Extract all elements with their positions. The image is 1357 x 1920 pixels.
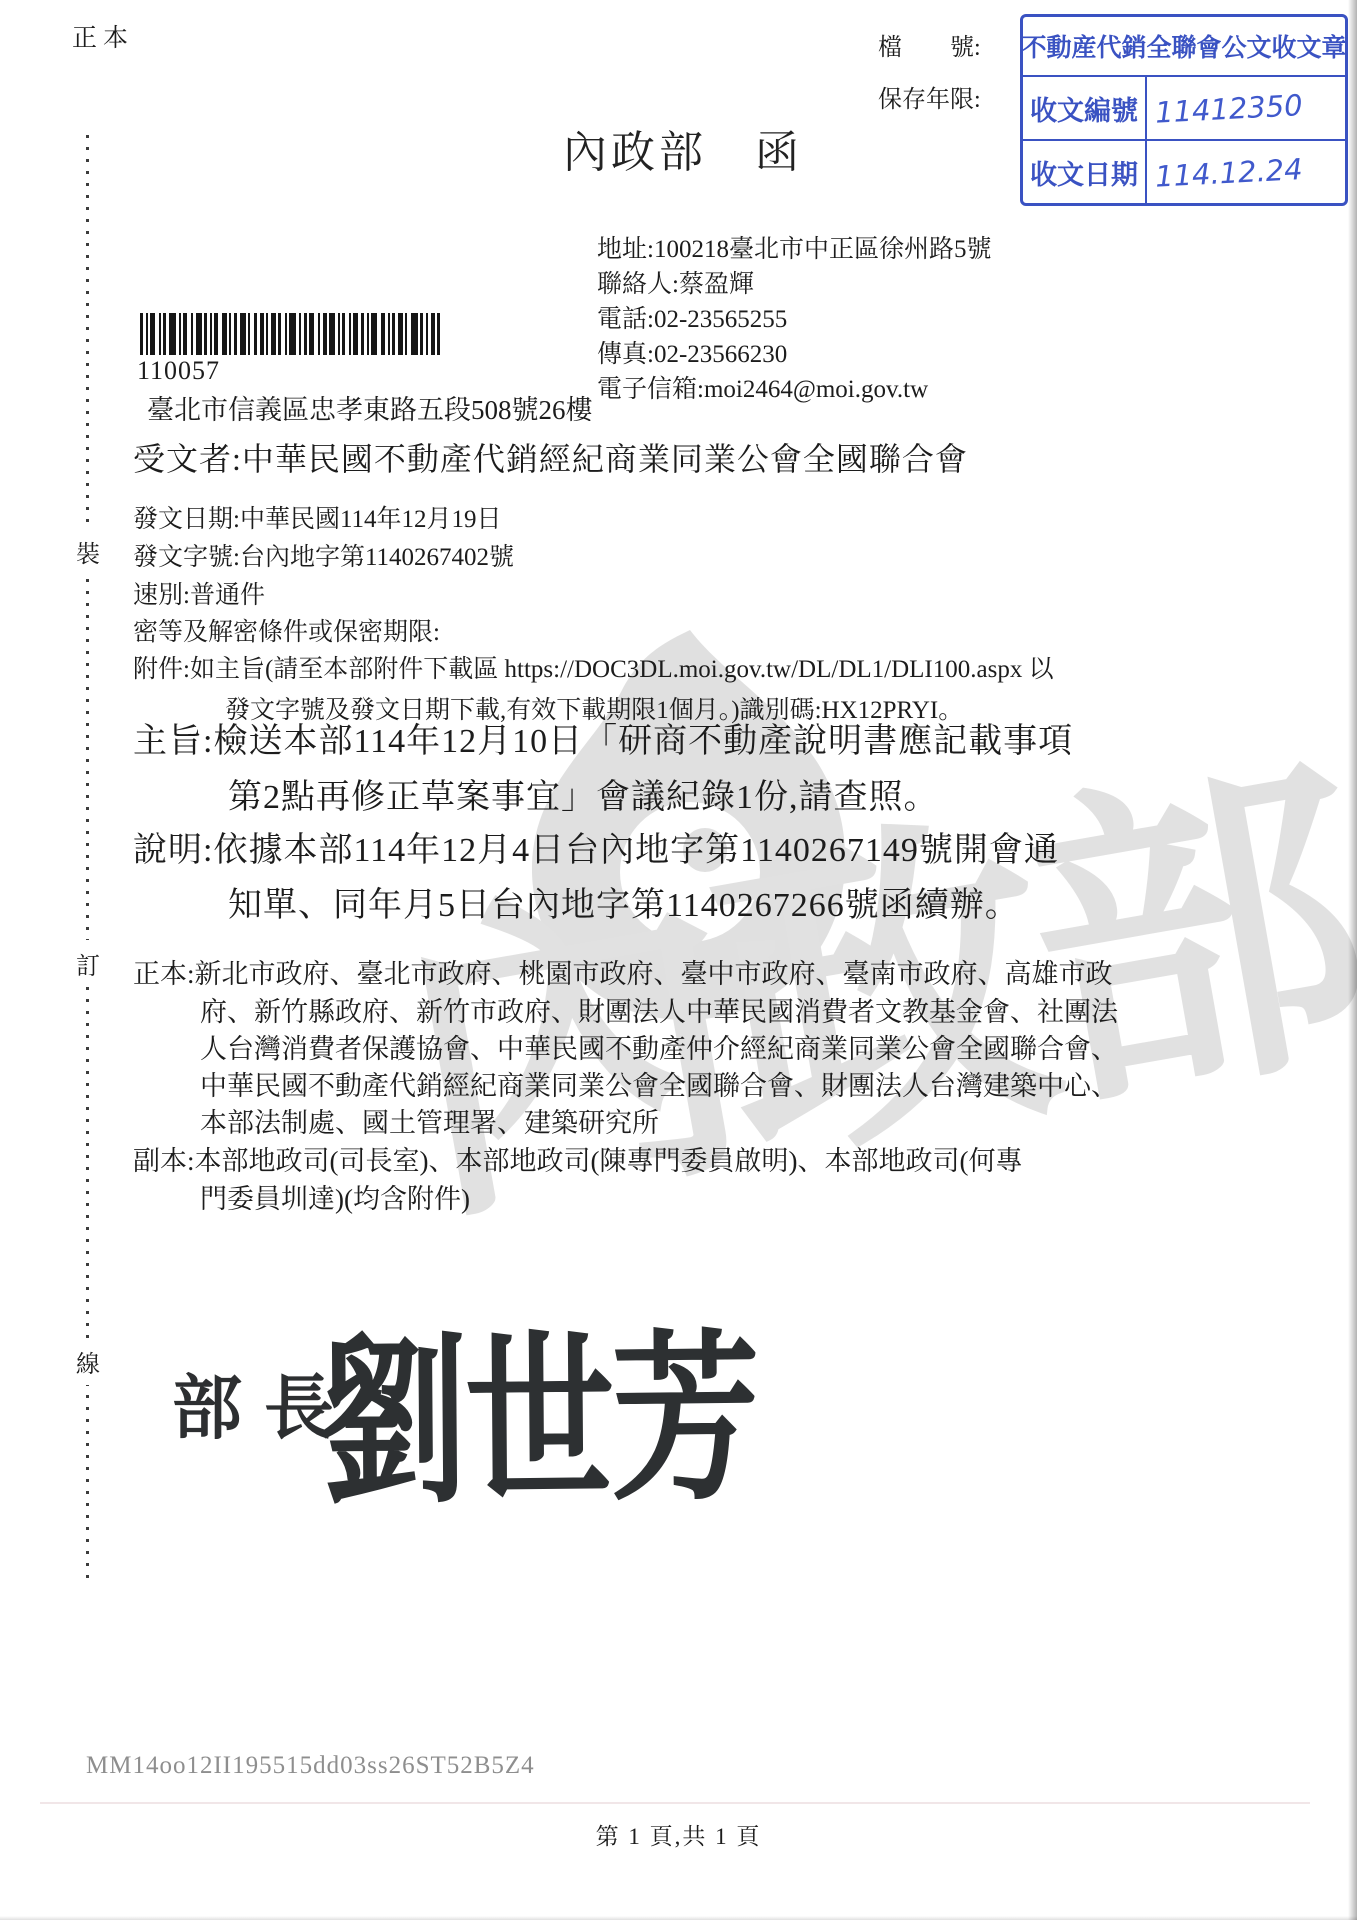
recipient-address: 臺北市信義區忠孝東路五段508號26樓 — [147, 388, 593, 427]
barcode — [140, 313, 475, 355]
document-title: 內政部 函 — [563, 116, 803, 180]
page-number-footer: 第 1 頁,共 1 頁 — [0, 1818, 1357, 1851]
original-recipients-line-3: 人台灣消費者保護協會、中華民國不動產仲介經紀商業同業公會全國聯合會、 — [200, 1027, 1118, 1066]
original-recipients-line-2: 府、新竹縣政府、新竹市政府、財團法人中華民國消費者文教基金會、社團法 — [200, 990, 1118, 1029]
binding-mark-zhuang: 裝 — [74, 528, 102, 575]
reference-number-line: 發文字號:台內地字第1140267402號 — [133, 537, 514, 573]
sender-contact-block: 地址:100218臺北市中正區徐州路5號 聯絡人:蔡盈輝 電話:02-23565… — [597, 232, 991, 407]
receipt-stamp-title: 不動産代銷全聯會公文收文章 — [1023, 17, 1345, 77]
original-recipients-line-5: 本部法制處、國土管理署、建築研究所 — [200, 1101, 659, 1140]
receipt-number-value: 11412350 — [1146, 72, 1347, 144]
sender-email: 電子信箱:moi2464@moi.gov.tw — [597, 372, 991, 407]
barcode-number: 110057 — [137, 356, 220, 386]
binding-mark-ding: 訂 — [74, 940, 102, 987]
receipt-number-label: 收文編號 — [1023, 77, 1147, 139]
receipt-date-row: 收文日期 114.12.24 — [1023, 139, 1345, 203]
copy-recipients-line-1: 副本:本部地政司(司長室)、本部地政司(陳專門委員啟明)、本部地政司(何專 — [133, 1139, 1022, 1178]
attachment-line-1: 附件:如主旨(請至本部附件下載區 https://DOC3DL.moi.gov.… — [133, 649, 1054, 685]
sender-phone: 電話:02-23565255 — [597, 302, 991, 337]
issue-date-line: 發文日期:中華民國114年12月19日 — [133, 499, 502, 535]
receipt-date-value: 114.12.24 — [1146, 136, 1347, 208]
subject-line-2: 第2點再修正草案事宜」會議紀錄1份,請查照。 — [228, 769, 939, 818]
receipt-number-row: 收文編號 11412350 — [1023, 77, 1345, 139]
file-number-label: 檔 號: — [878, 22, 1016, 74]
security-line: 密等及解密條件或保密期限: — [133, 612, 440, 648]
scan-fold-line — [40, 1802, 1310, 1804]
file-number-block: 檔 號: 保存年限: — [878, 22, 1016, 126]
subject-line-1: 主旨:檢送本部114年12月10日「研商不動產說明書應記載事項 — [133, 713, 1073, 762]
document-barcode-text: MM14oo12II195515dd03ss26ST52B5Z4 — [86, 1752, 535, 1780]
scanned-official-letter: 內政部 正本 檔 號: 保存年限: 不動産代銷全聯會公文收文章 收文編號 114… — [0, 0, 1357, 1920]
priority-line: 速別:普通件 — [133, 575, 265, 611]
receipt-stamp: 不動産代銷全聯會公文收文章 收文編號 11412350 收文日期 114.12.… — [1020, 14, 1348, 206]
scan-edge-bottom — [0, 1916, 1357, 1920]
sender-contact-person: 聯絡人:蔡盈輝 — [597, 267, 991, 302]
original-recipients-line-4: 中華民國不動產代銷經紀商業同業公會全國聯合會、財團法人台灣建築中心、 — [200, 1064, 1118, 1103]
binding-mark-xian: 線 — [74, 1338, 102, 1385]
recipient-line: 受文者:中華民國不動產代銷經紀商業同業公會全國聯合會 — [133, 434, 968, 480]
sender-fax: 傳真:02-23566230 — [597, 337, 991, 372]
sender-address: 地址:100218臺北市中正區徐州路5號 — [597, 232, 991, 267]
original-recipients-line-1: 正本:新北市政府、臺北市政府、桃園市政府、臺中市政府、臺南市政府、高雄市政 — [133, 952, 1113, 991]
signature-name: 劉世芳 — [318, 1273, 758, 1539]
scan-edge-right — [1348, 0, 1357, 1920]
retention-period-label: 保存年限: — [878, 74, 1016, 126]
copy-recipients-line-2: 門委員圳達)(均含附件) — [200, 1177, 470, 1216]
copy-type-label: 正本 — [72, 18, 134, 54]
receipt-date-label: 收文日期 — [1023, 141, 1147, 203]
description-line-1: 說明:依據本部114年12月4日台內地字第1140267149號開會通 — [133, 822, 1059, 871]
description-line-2: 知單、同年月5日台內地字第1140267266號函續辦。 — [228, 877, 1020, 926]
